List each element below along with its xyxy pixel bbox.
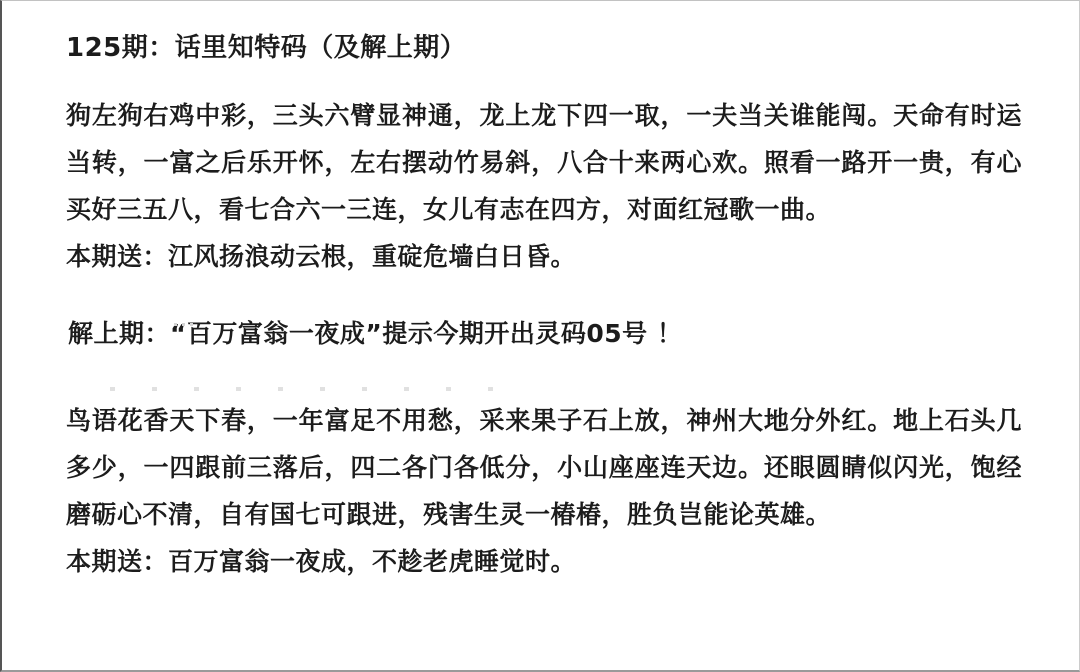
paragraph2-line3: 磨砺心不清，自有国七可跟进，残害生灵一椿椿，胜负岂能论英雄。 bbox=[66, 498, 1022, 532]
paragraph1-line3: 买好三五八，看七合六一三连，女儿有志在四方，对面红冠歌一曲。 bbox=[66, 193, 1022, 227]
paragraph2-line2: 多少，一四跟前三落后，四二各门各低分，小山座座连天边。还眼圆睛似闪光，饱经 bbox=[66, 451, 1022, 485]
paragraph1-gift-line: 本期送：江风扬浪动云根，重碇危墙白日昏。 bbox=[66, 240, 1022, 274]
paragraph2-line1: 鸟语花香天下春，一年富足不用愁，采来果子石上放，神州大地分外红。地上石头几 bbox=[66, 404, 1022, 438]
paragraph2-gift-line: 本期送：百万富翁一夜成，不趁老虎睡觉时。 bbox=[66, 545, 1022, 579]
last-issue-explanation-line: 解上期：“百万富翁一夜成”提示今期开出灵码05号 ！ bbox=[68, 317, 1024, 351]
paragraph1-line2: 当转，一富之后乐开怀，左右摆动竹易斜，八合十来两心欢。照看一路开一贵，有心 bbox=[66, 146, 1022, 180]
erased-text-smudge bbox=[110, 387, 530, 391]
document-title: 125期：话里知特码（及解上期） bbox=[66, 31, 466, 65]
scanned-lottery-tip-document: 125期：话里知特码（及解上期） 狗左狗右鸡中彩，三头六臂显神通，龙上龙下四一取… bbox=[0, 0, 1080, 672]
paragraph1-line1: 狗左狗右鸡中彩，三头六臂显神通，龙上龙下四一取，一夫当关谁能闯。天命有时运 bbox=[66, 99, 1022, 133]
faint-scan-artifact-dots bbox=[174, 323, 196, 326]
